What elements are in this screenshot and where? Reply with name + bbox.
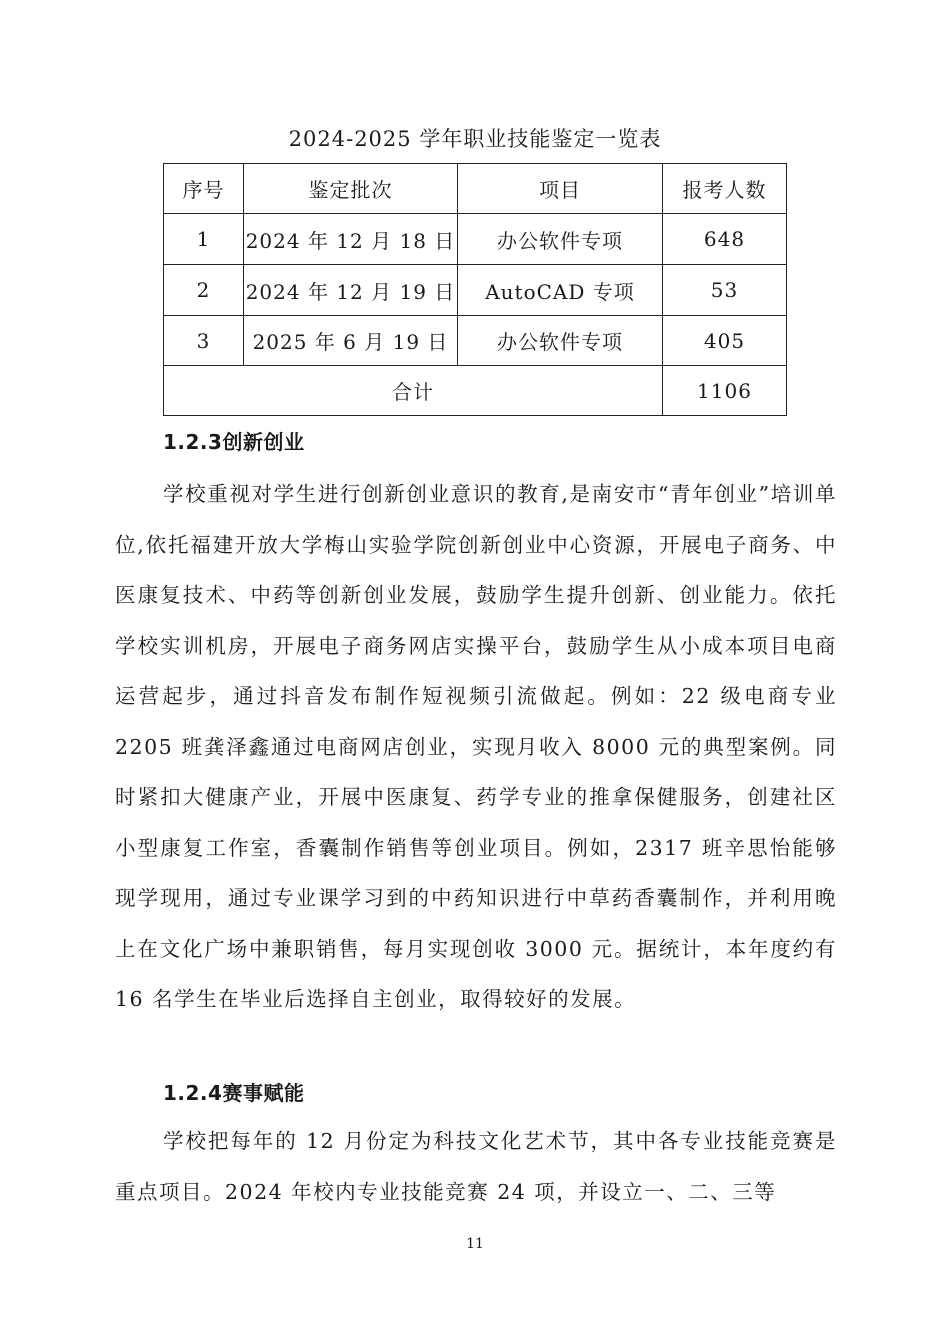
table-row: 2 2024 年 12 月 19 日 AutoCAD 专项 53	[164, 265, 787, 316]
cell-count: 53	[663, 265, 787, 316]
header-index: 序号	[164, 164, 244, 214]
header-project: 项目	[458, 164, 663, 214]
section-heading-competition: 1.2.4赛事赋能	[163, 1077, 304, 1106]
header-batch: 鉴定批次	[244, 164, 458, 214]
table-header-row: 序号 鉴定批次 项目 报考人数	[164, 164, 787, 214]
table-row: 3 2025 年 6 月 19 日 办公软件专项 405	[164, 316, 787, 366]
cell-count: 405	[663, 316, 787, 366]
total-label: 合计	[164, 366, 663, 416]
section-heading-innovation: 1.2.3创新创业	[163, 426, 304, 455]
cell-batch: 2025 年 6 月 19 日	[244, 316, 458, 366]
table-row: 1 2024 年 12 月 18 日 办公软件专项 648	[164, 214, 787, 265]
header-count: 报考人数	[663, 164, 787, 214]
cell-project: AutoCAD 专项	[458, 265, 663, 316]
cell-batch: 2024 年 12 月 18 日	[244, 214, 458, 265]
total-value: 1106	[663, 366, 787, 416]
table-title: 2024-2025 学年职业技能鉴定一览表	[0, 123, 950, 155]
skills-assessment-table: 序号 鉴定批次 项目 报考人数 1 2024 年 12 月 18 日 办公软件专…	[163, 163, 787, 416]
section-paragraph-competition: 学校把每年的 12 月份定为科技文化艺术节，其中各专业技能竞赛是重点项目。202…	[115, 1116, 837, 1217]
section-paragraph-innovation: 学校重视对学生进行创新创业意识的教育,是南安市“青年创业”培训单位,依托福建开放…	[115, 469, 837, 1025]
cell-index: 3	[164, 316, 244, 366]
cell-index: 2	[164, 265, 244, 316]
cell-project: 办公软件专项	[458, 316, 663, 366]
table-total-row: 合计 1106	[164, 366, 787, 416]
page-number: 11	[0, 1236, 950, 1252]
cell-index: 1	[164, 214, 244, 265]
cell-batch: 2024 年 12 月 19 日	[244, 265, 458, 316]
cell-project: 办公软件专项	[458, 214, 663, 265]
cell-count: 648	[663, 214, 787, 265]
document-page: 2024-2025 学年职业技能鉴定一览表 序号 鉴定批次 项目 报考人数 1 …	[0, 0, 950, 1343]
